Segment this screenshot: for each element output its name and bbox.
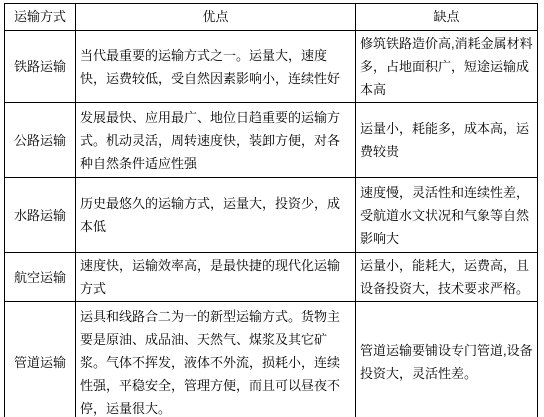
table-row-air: 航空运输 速度快，运输效率高，是最快捷的现代化运输方式 运量小，能耗大，运费高，… xyxy=(5,253,538,302)
mode-cell-road: 公路运输 xyxy=(5,103,76,178)
cons-cell-pipeline: 管道运输要铺设专门管道,设备投资大，灵活性差。 xyxy=(356,302,538,417)
cons-cell-air: 运量小，能耗大，运费高，且设备投资大，技术要求严格。 xyxy=(356,253,538,302)
transport-comparison-table: 运输方式 优点 缺点 铁路运输 当代最重要的运输方式之一。运量大，速度快，运费较… xyxy=(4,3,538,417)
mode-cell-pipeline: 管道运输 xyxy=(5,302,76,417)
table-row-water: 水路运输 历史最悠久的运输方式，运量大，投资少，成本低 速度慢，灵活性和连续性差… xyxy=(5,178,538,253)
pros-cell-pipeline: 运具和线路合二为一的新型运输方式。货物主要是原油、成品油、天然气、煤浆及其它矿浆… xyxy=(76,302,356,417)
cons-cell-water: 速度慢，灵活性和连续性差，受航道水文状况和气象等自然影响大 xyxy=(356,178,538,253)
pros-cell-water: 历史最悠久的运输方式，运量大，投资少，成本低 xyxy=(76,178,356,253)
mode-cell-railway: 铁路运输 xyxy=(5,31,76,103)
table-row-pipeline: 管道运输 运具和线路合二为一的新型运输方式。货物主要是原油、成品油、天然气、煤浆… xyxy=(5,302,538,417)
table-row-railway: 铁路运输 当代最重要的运输方式之一。运量大，速度快，运费较低，受自然因素影响小，… xyxy=(5,31,538,103)
mode-cell-water: 水路运输 xyxy=(5,178,76,253)
pros-cell-road: 发展最快、应用最广、地位日趋重要的运输方式。机动灵活，周转速度快，装卸方便，对各… xyxy=(76,103,356,178)
page: { "page": { "background_color": "#ffffff… xyxy=(0,0,544,417)
header-disadvantages: 缺点 xyxy=(356,4,538,31)
cons-cell-railway: 修筑铁路造价高,消耗金属材料多，占地面积广，短途运输成本高 xyxy=(356,31,538,103)
header-transport-mode: 运输方式 xyxy=(5,4,76,31)
cons-cell-road: 运量小，耗能多，成本高，运费较贵 xyxy=(356,103,538,178)
table-row-road: 公路运输 发展最快、应用最广、地位日趋重要的运输方式。机动灵活，周转速度快，装卸… xyxy=(5,103,538,178)
header-row: 运输方式 优点 缺点 xyxy=(5,4,538,31)
mode-cell-air: 航空运输 xyxy=(5,253,76,302)
pros-cell-railway: 当代最重要的运输方式之一。运量大，速度快，运费较低，受自然因素影响小，连续性好 xyxy=(76,31,356,103)
pros-cell-air: 速度快，运输效率高，是最快捷的现代化运输方式 xyxy=(76,253,356,302)
header-advantages: 优点 xyxy=(76,4,356,31)
